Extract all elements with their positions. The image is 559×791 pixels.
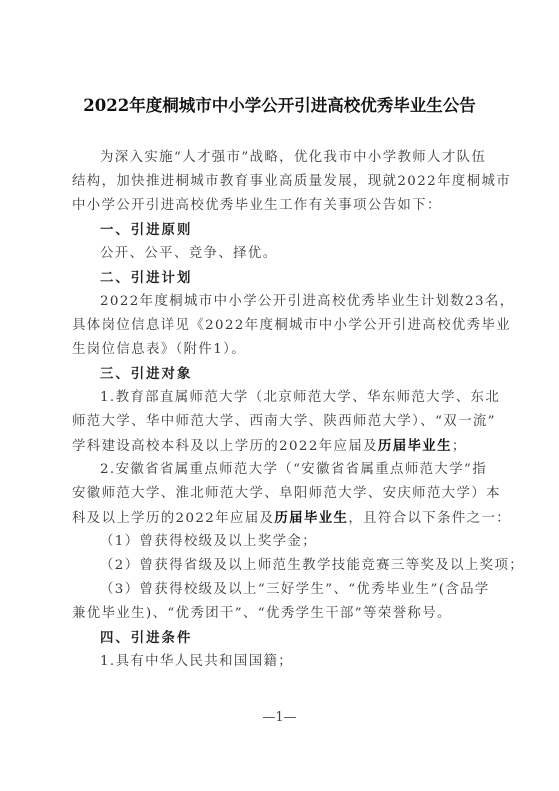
target-1-line-2: 师范大学、华中师范大学、西南大学、陕西师范大学）、“双一流”: [72, 410, 492, 434]
text-segment: 学科建设高校本科及以上学历的2022年应届及: [72, 439, 378, 454]
bold-segment: 历届毕业生: [274, 510, 348, 526]
condition-1: （1）曾获得校级及以上奖学金；: [72, 530, 492, 554]
section-heading-3: 三、引进对象: [72, 362, 492, 386]
target-2-line-2: 安徽师范大学、淮北师范大学、阜阳师范大学、安庆师范大学）本: [72, 482, 492, 506]
section-heading-4: 四、引进条件: [72, 626, 492, 650]
requirement-1: 1.具有中华人民共和国国籍；: [72, 650, 492, 674]
target-2-line-3: 科及以上学历的2022年应届及历届毕业生，且符合以下条件之一：: [72, 506, 492, 530]
plan-line-2: 具体岗位信息详见《2022年度桐城市中小学公开引进高校优秀毕业: [72, 314, 492, 338]
intro-line-2: 结构，加快推进桐城市教育事业高质量发展，现就2022年度桐城市: [72, 170, 492, 194]
document-title: 2022年度桐城市中小学公开引进高校优秀毕业生公告: [0, 92, 559, 116]
target-1-line-3: 学科建设高校本科及以上学历的2022年应届及历届毕业生；: [72, 434, 492, 458]
condition-2: （2）曾获得省级及以上师范生教学技能竞赛三等奖及以上奖项；: [72, 554, 492, 578]
page-number: —1—: [0, 710, 559, 725]
text-segment: 科及以上学历的2022年应届及: [72, 511, 274, 526]
intro-line-1: 为深入实施“人才强市”战略，优化我市中小学教师人才队伍: [72, 146, 492, 170]
condition-3-line-2: 兼优毕业生)、“优秀团干”、“优秀学生干部”等荣誉称号。: [72, 602, 492, 626]
text-segment: ；: [452, 439, 467, 454]
plan-line-3: 生岗位信息表》（附件1）。: [72, 338, 492, 362]
text-segment: ，且符合以下条件之一：: [348, 511, 511, 526]
target-2-line-1: 2.安徽省省属重点师范大学（“安徽省省属重点师范大学”指: [72, 458, 492, 482]
section-heading-1: 一、引进原则: [72, 218, 492, 242]
bold-segment: 历届毕业生: [378, 438, 452, 454]
document-body: 为深入实施“人才强市”战略，优化我市中小学教师人才队伍 结构，加快推进桐城市教育…: [72, 146, 492, 674]
principle-text: 公开、公平、竞争、择优。: [72, 242, 492, 266]
section-heading-2: 二、引进计划: [72, 266, 492, 290]
target-1-line-1: 1.教育部直属师范大学（北京师范大学、华东师范大学、东北: [72, 386, 492, 410]
condition-3-line-1: （3）曾获得校级及以上“三好学生”、“优秀毕业生”(含品学: [72, 578, 492, 602]
intro-line-3: 中小学公开引进高校优秀毕业生工作有关事项公告如下：: [72, 194, 492, 218]
plan-line-1: 2022年度桐城市中小学公开引进高校优秀毕业生计划数23名，: [72, 290, 492, 314]
